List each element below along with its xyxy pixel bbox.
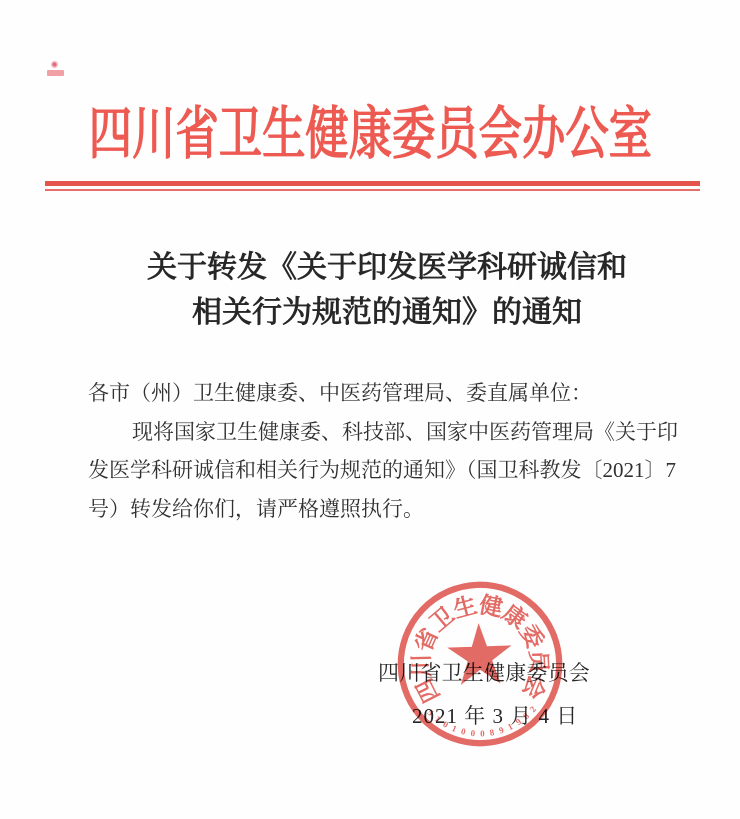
title-line-1: 关于转发《关于印发医学科研诚信和 [34, 245, 740, 290]
body-line-1: 现将国家卫生健康委、科技部、国家中医药管理局《关于印 [88, 413, 692, 452]
body-line-3: 号）转发给你们，请严格遵照执行。 [88, 490, 692, 529]
stray-ink-mark-2 [47, 70, 64, 76]
svg-text:川: 川 [409, 654, 436, 678]
official-seal: 四川省卫生健康委员会 5101000891982 [388, 572, 572, 756]
letterhead-rule-thick [45, 181, 700, 186]
letterhead-org-name: 四川省卫生健康委员会办公室 [89, 104, 651, 166]
svg-text:四: 四 [412, 674, 446, 706]
salutation-line: 各市（州）卫生健康委、中医药管理局、委直属单位： [88, 374, 692, 413]
seal-star-icon [446, 622, 512, 685]
svg-text:5: 5 [425, 708, 436, 719]
svg-text:9: 9 [514, 716, 524, 727]
svg-text:1: 1 [506, 721, 514, 732]
svg-text:8: 8 [521, 710, 531, 721]
document-title: 关于转发《关于印发医学科研诚信和 相关行为规范的通知》的通知 [34, 245, 740, 335]
stray-ink-mark [51, 61, 58, 68]
svg-text:0: 0 [480, 728, 485, 738]
svg-text:1: 1 [450, 723, 458, 734]
document-body: 各市（州）卫生健康委、中医药管理局、委直属单位： 现将国家卫生健康委、科技部、国… [88, 374, 692, 528]
svg-text:0: 0 [460, 726, 467, 737]
svg-text:0: 0 [470, 728, 476, 738]
svg-text:2: 2 [528, 704, 539, 714]
svg-text:会: 会 [517, 671, 551, 703]
body-line-2: 发医学科研诚信和相关行为规范的通知》（国卫科教发〔2021〕7 [88, 451, 692, 490]
svg-text:9: 9 [498, 724, 506, 735]
title-line-2: 相关行为规范的通知》的通知 [34, 290, 740, 335]
document-page: 四川省卫生健康委员会办公室 关于转发《关于印发医学科研诚信和 相关行为规范的通知… [0, 0, 740, 819]
svg-text:0: 0 [441, 719, 450, 730]
svg-text:8: 8 [489, 727, 496, 738]
svg-text:1: 1 [433, 714, 443, 725]
letterhead-rule-thin [45, 189, 700, 191]
